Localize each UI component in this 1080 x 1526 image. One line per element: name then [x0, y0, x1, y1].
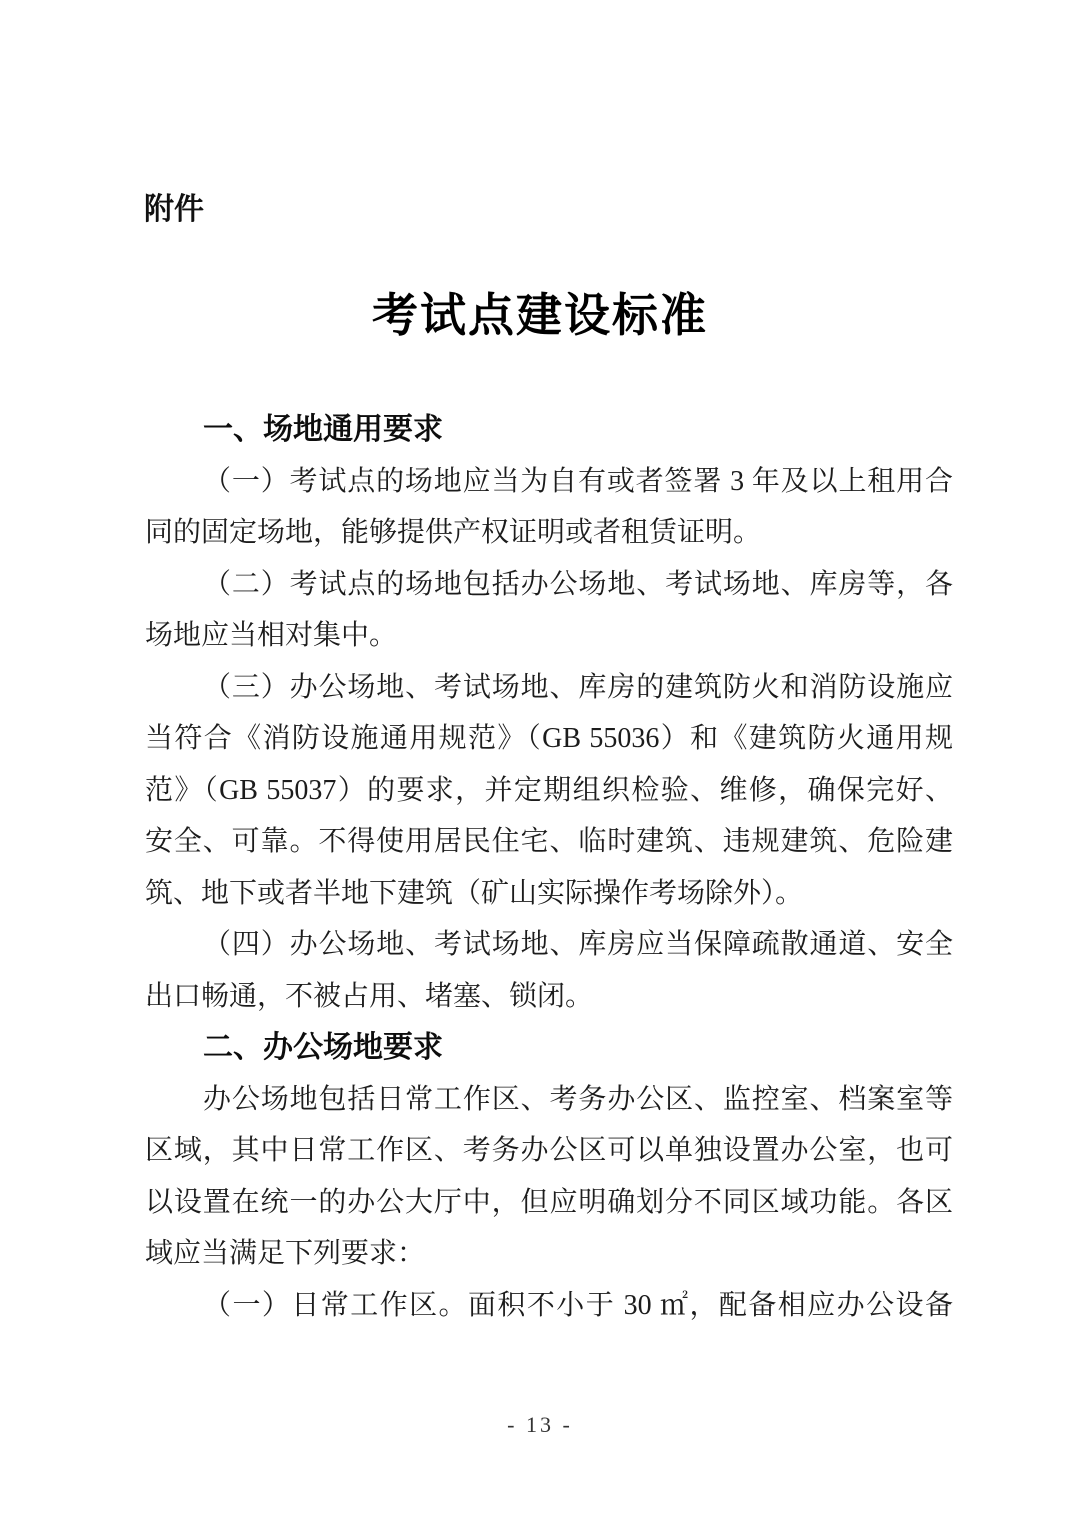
attachment-label: 附件: [144, 191, 204, 229]
text-line: 域应当满足下列要求：: [145, 1228, 953, 1280]
document-body: 一、场地通用要求（一）考试点的场地应当为自有或者签署 3 年及以上租用合同的固定…: [145, 404, 953, 1331]
text-line: （四）办公场地、考试场地、库房应当保障疏散通道、安全: [145, 919, 953, 971]
page-number: - 13 -: [0, 1412, 1080, 1438]
text-line: 范》（GB 55037）的要求，并定期组织检验、维修，确保完好、: [145, 765, 953, 817]
text-line: （三）办公场地、考试场地、库房的建筑防火和消防设施应: [145, 662, 953, 714]
document-title: 考试点建设标准: [0, 288, 1080, 344]
text-line: （二）考试点的场地包括办公场地、考试场地、库房等，各: [145, 559, 953, 611]
text-line: 安全、可靠。不得使用居民住宅、临时建筑、违规建筑、危险建: [145, 816, 953, 868]
section-heading: 一、场地通用要求: [145, 404, 953, 456]
document-page: 附件 考试点建设标准 一、场地通用要求（一）考试点的场地应当为自有或者签署 3 …: [0, 0, 1080, 1526]
text-line: 办公场地包括日常工作区、考务办公区、监控室、档案室等: [145, 1074, 953, 1126]
text-line: 同的固定场地，能够提供产权证明或者租赁证明。: [145, 507, 953, 559]
text-line: 当符合《消防设施通用规范》（GB 55036）和《建筑防火通用规: [145, 713, 953, 765]
section-heading: 二、办公场地要求: [145, 1022, 953, 1074]
text-line: 场地应当相对集中。: [145, 610, 953, 662]
text-line: （一）考试点的场地应当为自有或者签署 3 年及以上租用合: [145, 456, 953, 508]
text-line: 筑、地下或者半地下建筑（矿山实际操作考场除外）。: [145, 868, 953, 920]
text-line: （一）日常工作区。面积不小于 30 ㎡，配备相应办公设备: [145, 1280, 953, 1332]
text-line: 区域，其中日常工作区、考务办公区可以单独设置办公室，也可: [145, 1125, 953, 1177]
text-line: 以设置在统一的办公大厅中，但应明确划分不同区域功能。各区: [145, 1177, 953, 1229]
text-line: 出口畅通，不被占用、堵塞、锁闭。: [145, 971, 953, 1023]
